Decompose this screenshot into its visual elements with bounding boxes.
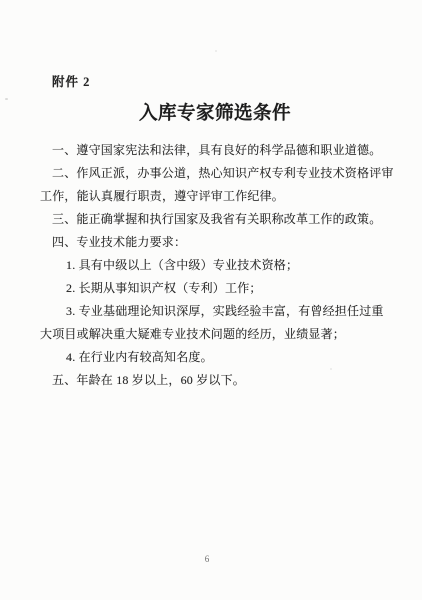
text-line: 四、专业技术能力要求： [40, 231, 390, 254]
page-number: 6 [0, 554, 414, 564]
scanned-document-page: 附件 2 入库专家筛选条件 一、遵守国家宪法和法律，具有良好的科学品德和职业道德… [0, 0, 422, 600]
text-line: 三、能正确掌握和执行国家及我省有关职称改革工作的政策。 [40, 208, 390, 231]
document-title: 入库专家筛选条件 [40, 102, 390, 126]
text-line: 1. 具有中级以上（含中级）专业技术资格； [40, 254, 390, 277]
scan-speck [215, 50, 217, 52]
attachment-label: 附件 2 [52, 74, 390, 90]
text-line: 二、作风正派，办事公道，热心知识产权专利专业技术资格评审 [40, 162, 390, 185]
text-line: 2. 长期从事知识产权（专利）工作； [40, 277, 390, 300]
scan-speck [330, 368, 332, 370]
text-line: 工作，能认真履行职责，遵守评审工作纪律。 [40, 185, 390, 208]
text-line: 3. 专业基础理论知识深厚，实践经验丰富，有曾经担任过重 [40, 300, 390, 323]
text-line: 大项目或解决重大疑难专业技术问题的经历，业绩显著； [40, 323, 390, 346]
document-body: 一、遵守国家宪法和法律，具有良好的科学品德和职业道德。 二、作风正派，办事公道，… [40, 139, 390, 392]
scan-speck [5, 98, 8, 100]
text-line: 五、年龄在 18 岁以上，60 岁以下。 [40, 369, 390, 392]
text-line: 4. 在行业内有较高知名度。 [40, 346, 390, 369]
text-line: 一、遵守国家宪法和法律，具有良好的科学品德和职业道德。 [40, 139, 390, 162]
